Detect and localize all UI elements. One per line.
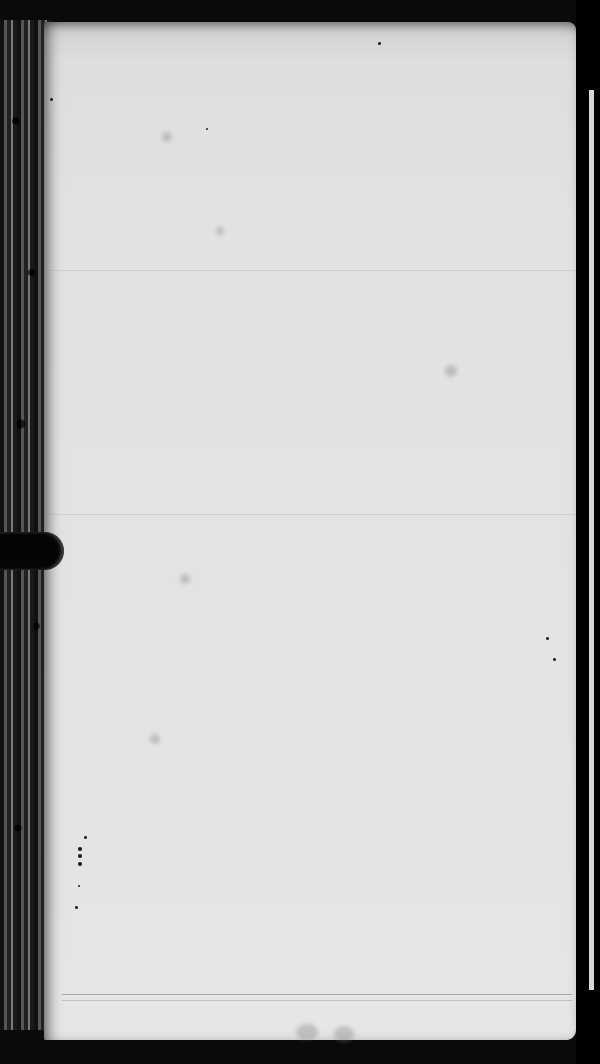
page-bottom-edge <box>62 994 572 995</box>
blank-page <box>44 22 576 1040</box>
ink-speck <box>553 658 556 661</box>
stain <box>150 734 160 744</box>
ink-speck <box>50 98 53 101</box>
page-bottom-edge <box>62 1000 572 1001</box>
ink-speck <box>378 42 381 45</box>
scan-border-right <box>576 0 600 1064</box>
ink-speck <box>78 854 82 858</box>
ink-speck <box>546 637 549 640</box>
ink-speck <box>78 847 82 851</box>
ink-speck <box>78 862 82 866</box>
ink-speck <box>78 885 80 887</box>
stain <box>296 1024 318 1040</box>
adjacent-page-edge <box>589 90 594 990</box>
stain <box>216 227 224 235</box>
stain <box>445 365 457 377</box>
ink-speck <box>84 836 87 839</box>
stain <box>180 574 190 584</box>
stain <box>334 1026 354 1042</box>
stain <box>162 132 172 142</box>
book-clasp <box>0 532 64 570</box>
paper-fold-line <box>44 514 576 515</box>
ink-speck <box>206 128 208 130</box>
paper-fold-line <box>44 270 576 271</box>
scanned-page-view <box>0 0 600 1064</box>
ink-speck <box>75 906 78 909</box>
